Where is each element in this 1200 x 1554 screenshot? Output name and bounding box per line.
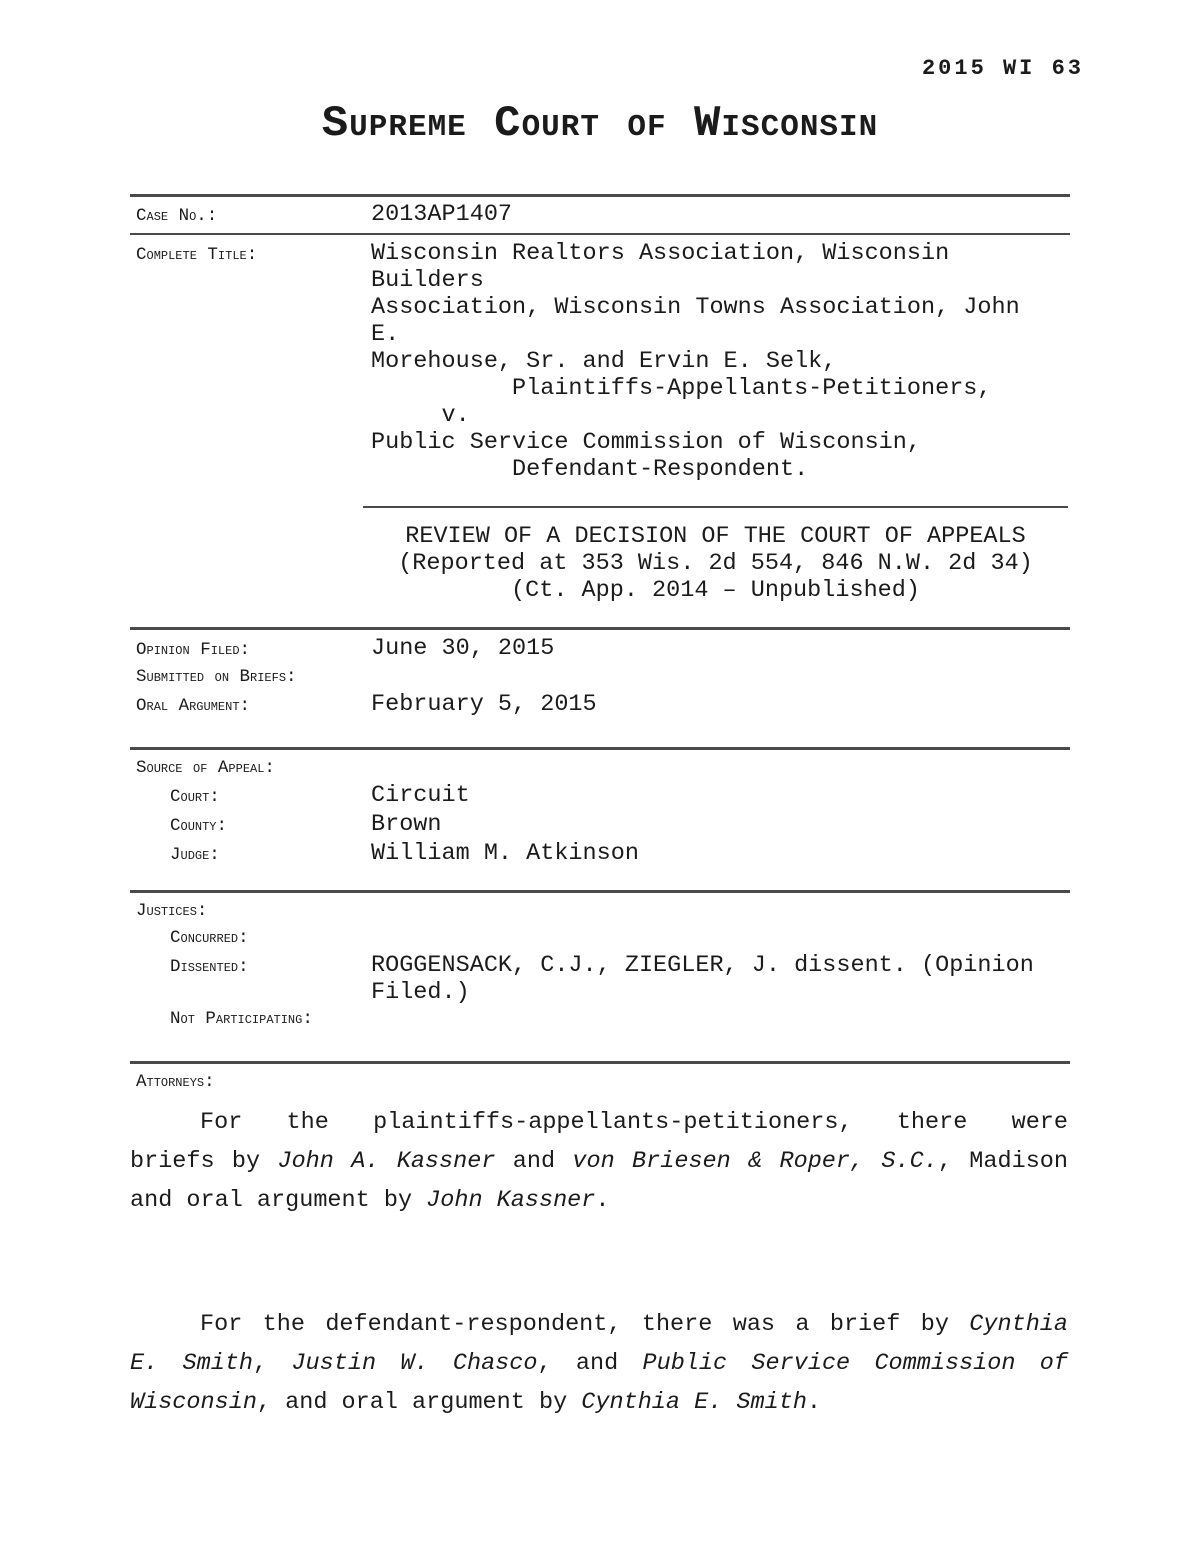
paragraph-line: For the plaintiffs-appellants-petitioner…	[130, 1103, 1068, 1142]
agency-name: Public Service Commission of	[643, 1350, 1068, 1377]
case-no-row: Case No.: 2013AP1407	[130, 197, 1070, 233]
judge-value: William M. Atkinson	[371, 840, 1070, 867]
case-no-value: 2013AP1407	[371, 201, 1070, 228]
concurred-label: Concurred:	[130, 925, 371, 952]
not-participating-label: Not Participating:	[130, 1006, 371, 1033]
citation: 2015 WI 63	[130, 56, 1084, 82]
page-title: Supreme Court of Wisconsin	[130, 98, 1070, 150]
dissented-label: Dissented:	[130, 954, 371, 981]
review-line-1: REVIEW OF A DECISION OF THE COURT OF APP…	[363, 523, 1068, 550]
opinion-filed-value: June 30, 2015	[371, 635, 1070, 662]
attorney-name: E. Smith	[130, 1350, 253, 1377]
law-firm-name: von Briesen & Roper, S.C.	[572, 1148, 937, 1175]
county-row: County: Brown	[130, 811, 1070, 840]
complete-title-label: Complete Title:	[130, 242, 371, 269]
court-value: Circuit	[371, 782, 1070, 809]
opinion-filed-label: Opinion Filed:	[130, 637, 371, 664]
oral-argument-label: Oral Argument:	[130, 693, 371, 720]
attorney-name: John Kassner	[426, 1187, 595, 1214]
attorney-name: Cynthia	[969, 1311, 1068, 1338]
paragraph-line: E. Smith, Justin W. Chasco, and Public S…	[130, 1344, 1068, 1383]
county-label: County:	[130, 813, 371, 840]
justices-label: Justices:	[130, 898, 1070, 925]
attorneys-paragraph-plaintiffs: For the plaintiffs-appellants-petitioner…	[130, 1103, 1068, 1220]
case-no-label: Case No.:	[130, 203, 371, 230]
oral-argument-row: Oral Argument: February 5, 2015	[130, 691, 1070, 720]
review-note: REVIEW OF A DECISION OF THE COURT OF APP…	[363, 523, 1068, 604]
attorneys-section: Attorneys: For the plaintiffs-appellants…	[130, 1064, 1070, 1425]
agency-name: Wisconsin	[130, 1389, 257, 1416]
oral-argument-value: February 5, 2015	[371, 691, 1070, 718]
justices-section: Justices: Concurred: Dissented: ROGGENSA…	[130, 893, 1070, 1036]
attorneys-paragraph-defendant: For the defendant-respondent, there was …	[130, 1305, 1068, 1422]
filing-section: Opinion Filed: June 30, 2015 Submitted o…	[130, 630, 1070, 723]
paragraph-line: Wisconsin, and oral argument by Cynthia …	[130, 1383, 1068, 1422]
dissented-row: Dissented: ROGGENSACK, C.J., ZIEGLER, J.…	[130, 952, 1070, 1006]
review-line-2: (Reported at 353 Wis. 2d 554, 846 N.W. 2…	[363, 550, 1068, 577]
attorneys-label: Attorneys:	[130, 1069, 1070, 1096]
concurred-row: Concurred:	[130, 925, 1070, 952]
dissented-value: ROGGENSACK, C.J., ZIEGLER, J. dissent. (…	[371, 952, 1070, 1006]
complete-title-value: Wisconsin Realtors Association, Wisconsi…	[371, 240, 1070, 483]
judge-label: Judge:	[130, 842, 371, 869]
source-of-appeal-section: Source of Appeal: Court: Circuit County:…	[130, 750, 1070, 872]
source-of-appeal-label: Source of Appeal:	[130, 755, 1070, 782]
review-line-3: (Ct. App. 2014 – Unpublished)	[363, 577, 1068, 604]
not-participating-row: Not Participating:	[130, 1006, 1070, 1033]
paragraph-line: and oral argument by John Kassner.	[130, 1181, 1068, 1220]
paragraph-line: For the defendant-respondent, there was …	[130, 1305, 1068, 1344]
court-row: Court: Circuit	[130, 782, 1070, 811]
judge-row: Judge: William M. Atkinson	[130, 840, 1070, 869]
divider	[363, 506, 1068, 508]
court-label: Court:	[130, 784, 371, 811]
submitted-on-briefs-label: Submitted on Briefs:	[130, 664, 371, 691]
attorney-name: Cynthia E. Smith	[581, 1389, 807, 1416]
complete-title-row: Complete Title: Wisconsin Realtors Assoc…	[130, 235, 1070, 486]
document-page: 2015 WI 63 Supreme Court of Wisconsin Ca…	[0, 0, 1200, 1425]
attorney-name: Justin W. Chasco	[291, 1350, 537, 1377]
submitted-on-briefs-row: Submitted on Briefs:	[130, 664, 1070, 691]
paragraph-line: briefs by John A. Kassner and von Briese…	[130, 1142, 1068, 1181]
attorney-name: John A. Kassner	[277, 1148, 495, 1175]
opinion-filed-row: Opinion Filed: June 30, 2015	[130, 635, 1070, 664]
county-value: Brown	[371, 811, 1070, 838]
